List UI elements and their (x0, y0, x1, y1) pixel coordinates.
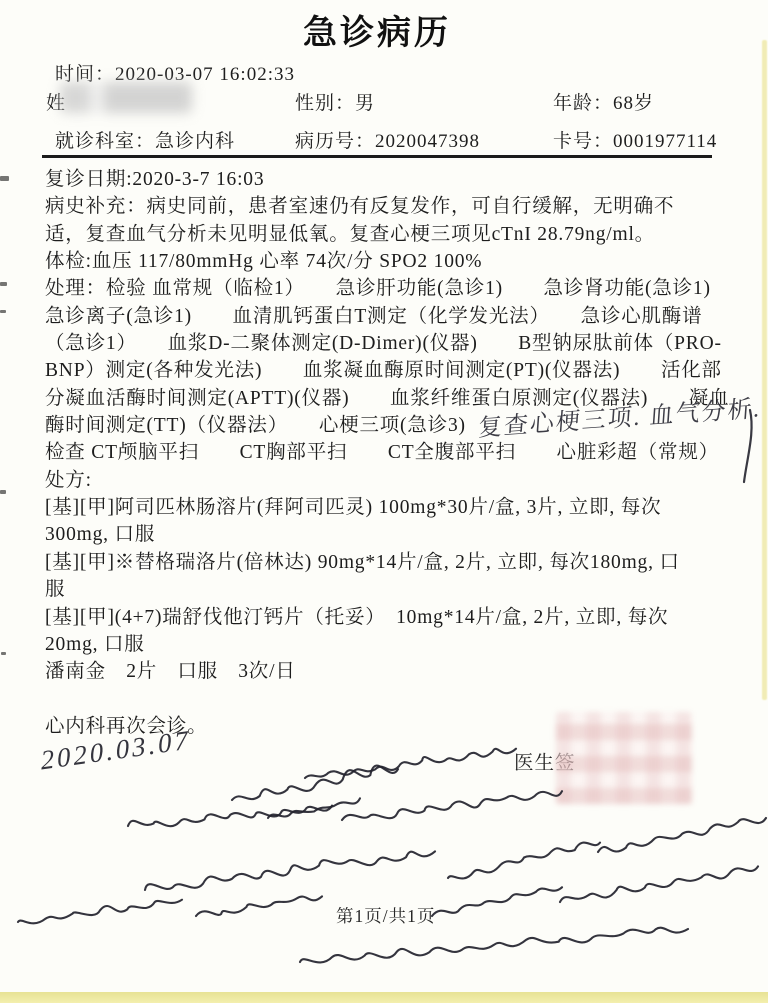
scan-artifact (0, 310, 6, 313)
card-no-value: 0001977114 (613, 131, 717, 152)
body-line: 服 (45, 576, 735, 603)
department-field: 就诊科室：急诊内科 (55, 126, 235, 153)
signature-redaction-blur (556, 712, 692, 804)
body-line: [基][甲]※替格瑞洛片(倍林达) 90mg*14片/盒, 2片, 立即, 每次… (45, 549, 735, 576)
body-line: 适，复查血气分析未见明显低氧。复查心梗三项见cTnI 28.79ng/ml。 (45, 221, 735, 248)
scan-artifact (0, 282, 7, 286)
body-line: 急诊离子(急诊1) 血清肌钙蛋白T测定（化学发光法） 急诊心肌酶谱 (45, 303, 735, 330)
age-label: 年龄： (553, 93, 613, 114)
card-no-field: 卡号：0001977114 (553, 126, 717, 153)
body-line: 检查 CT颅脑平扫 CT胸部平扫 CT全腹部平扫 心脏彩超（常规） (45, 439, 735, 466)
illegible-scribble (305, 749, 516, 778)
scan-artifact (0, 490, 6, 494)
body-line: 20mg, 口服 (45, 631, 735, 658)
illegible-scribble (145, 851, 435, 890)
illegible-scribble (560, 866, 758, 902)
illegible-scribble (598, 818, 766, 852)
body-line (45, 686, 735, 713)
body-line: 体检:血压 117/80mmHg 心率 74次/分 SPO2 100% (45, 248, 735, 275)
body-lines: 复诊日期:2020-3-7 16:03病史补充：病史同前，患者室速仍有反复发作，… (45, 166, 735, 740)
medical-record-page: 急诊病历 时间：2020-03-07 16:02:33 姓 性别：男 年龄：68… (0, 0, 768, 1003)
scan-edge-bottom (0, 992, 768, 1003)
header-divider (42, 155, 712, 158)
card-no-label: 卡号： (553, 131, 613, 152)
body-line: 潘南金 2片 口服 3次/日 (45, 658, 735, 685)
body-line: BNP）测定(各种发光法) 血浆凝血酶原时间测定(PT)(仪器法) 活化部 (45, 357, 735, 384)
department-label: 就诊科室： (55, 131, 155, 152)
gender-value: 男 (355, 93, 375, 114)
page-title: 急诊病历 (42, 5, 712, 54)
illegible-scribble (432, 887, 562, 916)
age-value: 68岁 (613, 93, 654, 114)
body-line: 300mg, 口服 (45, 521, 735, 548)
illegible-scribble (448, 843, 600, 879)
body-line: [基][甲]阿司匹林肠溶片(拜阿司匹灵) 100mg*30片/盒, 3片, 立即… (45, 494, 735, 521)
name-redaction-blur (60, 82, 192, 113)
department-value: 急诊内科 (155, 131, 235, 152)
record-no-field: 病历号：2020047398 (295, 126, 480, 153)
scan-artifact (1, 652, 6, 655)
age-field: 年龄：68岁 (553, 88, 654, 115)
record-no-label: 病历号： (295, 131, 375, 152)
body-line: 处方: (45, 467, 735, 494)
illegible-scribble (268, 798, 360, 818)
body-line: 病史补充：病史同前，患者室速仍有反复发作，可自行缓解，无明确不 (45, 193, 735, 220)
body-line: [基][甲](4+7)瑞舒伐他汀钙片（托妥） 10mg*14片/盒, 2片, 立… (45, 604, 735, 631)
illegible-scribble (300, 928, 688, 963)
body-line: 复诊日期:2020-3-7 16:03 (45, 166, 735, 193)
page-footer: 第1页/共1页 (336, 903, 435, 928)
record-no-value: 2020047398 (375, 131, 480, 152)
illegible-scribble (342, 791, 562, 820)
body-line: 处理：检验 血常规（临检1） 急诊肝功能(急诊1) 急诊肾功能(急诊1) (45, 275, 735, 302)
illegible-scribble (18, 900, 182, 924)
illegible-scribble (232, 766, 398, 800)
gender-label: 性别： (295, 93, 355, 114)
body-line: （急诊1） 血浆D-二聚体测定(D-Dimer)(仪器) B型钠尿肽前体（PRO… (45, 330, 735, 357)
scan-edge-right (762, 40, 767, 700)
illegible-scribble (196, 896, 322, 916)
illegible-scribble (128, 806, 332, 827)
gender-field: 性别：男 (295, 88, 375, 115)
scan-artifact (0, 176, 9, 181)
